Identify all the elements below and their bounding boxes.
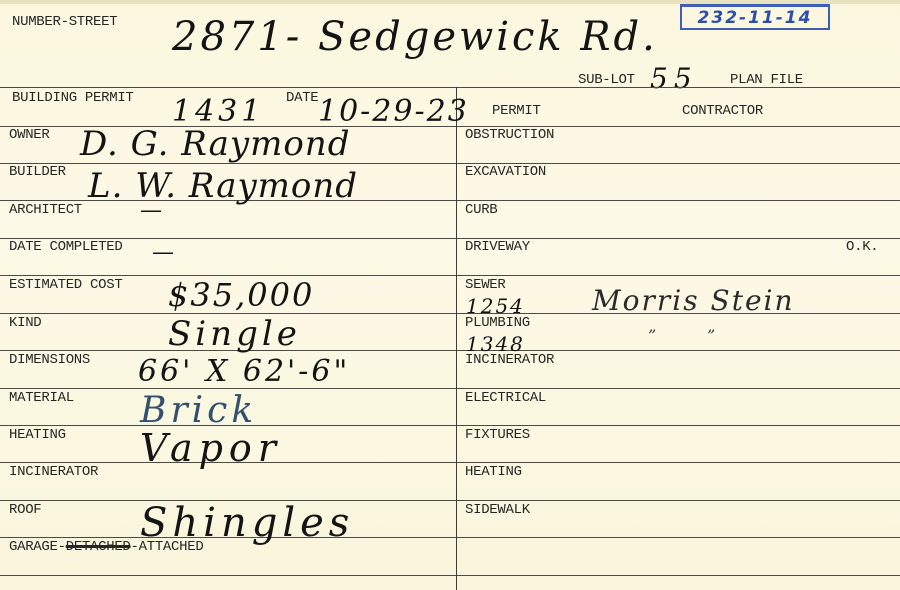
garage-prefix: GARAGE- bbox=[9, 539, 66, 555]
dimensions-label: DIMENSIONS bbox=[9, 352, 90, 368]
garage-struck-option: DETACHED bbox=[66, 539, 131, 555]
driveway-status: O.K. bbox=[846, 239, 878, 255]
roof-label: ROOF bbox=[9, 502, 41, 518]
curb-label: CURB bbox=[465, 202, 497, 218]
rule bbox=[0, 87, 900, 88]
driveway-label: DRIVEWAY bbox=[465, 239, 530, 255]
electrical-label: ELECTRICAL bbox=[465, 390, 546, 406]
file-number-stamp: 232-11-14 bbox=[680, 4, 830, 30]
rule bbox=[0, 500, 900, 501]
rule bbox=[0, 462, 900, 463]
sidewalk-label: SIDEWALK bbox=[465, 502, 530, 518]
date-completed-value: — bbox=[152, 240, 174, 265]
rule bbox=[0, 275, 900, 276]
column-divider bbox=[456, 87, 457, 590]
sewer-label: SEWER bbox=[465, 277, 506, 293]
heating-label: HEATING bbox=[9, 427, 66, 443]
incinerator-permit-label: INCINERATOR bbox=[465, 352, 554, 368]
building-permit-label: BUILDING PERMIT bbox=[12, 90, 134, 106]
heating-value: Vapor bbox=[140, 426, 282, 470]
architect-value: — bbox=[140, 198, 162, 223]
permit-card: 232-11-14 NUMBER-STREET 2871- Sedgewick … bbox=[0, 0, 900, 590]
builder-value: L. W. Raymond bbox=[88, 166, 358, 206]
date-label: DATE bbox=[286, 90, 318, 106]
sewer-contractor-value: Morris Stein bbox=[592, 284, 795, 317]
sublot-value: 55 bbox=[650, 62, 698, 95]
estimated-cost-value: $35,000 bbox=[168, 276, 314, 314]
plumbing-label: PLUMBING bbox=[465, 315, 530, 331]
garage-suffix: -ATTACHED bbox=[131, 539, 204, 555]
dimensions-value: 66' X 62'-6" bbox=[138, 354, 350, 389]
date-completed-label: DATE COMPLETED bbox=[9, 239, 122, 255]
rule bbox=[0, 238, 900, 239]
architect-label: ARCHITECT bbox=[9, 202, 82, 218]
rule bbox=[0, 537, 900, 538]
contractor-header: CONTRACTOR bbox=[682, 103, 763, 119]
garage-label: GARAGE-DETACHED-ATTACHED bbox=[9, 539, 203, 555]
kind-label: KIND bbox=[9, 315, 41, 331]
plan-file-label: PLAN FILE bbox=[730, 72, 803, 88]
permit-header: PERMIT bbox=[492, 103, 541, 119]
heating-permit-label: HEATING bbox=[465, 464, 522, 480]
estimated-cost-label: ESTIMATED COST bbox=[9, 277, 122, 293]
builder-label: BUILDER bbox=[9, 164, 66, 180]
fixtures-label: FIXTURES bbox=[465, 427, 530, 443]
rule bbox=[0, 575, 900, 576]
rule bbox=[0, 388, 900, 389]
incinerator-label: INCINERATOR bbox=[9, 464, 98, 480]
plumbing-contractor-value: ” ” bbox=[648, 326, 715, 345]
rule bbox=[0, 425, 900, 426]
rule bbox=[0, 350, 900, 351]
owner-value: D. G. Raymond bbox=[80, 124, 350, 164]
sublot-label: SUB-LOT bbox=[578, 72, 635, 88]
excavation-label: EXCAVATION bbox=[465, 164, 546, 180]
owner-label: OWNER bbox=[9, 127, 50, 143]
kind-value: Single bbox=[168, 314, 301, 354]
material-label: MATERIAL bbox=[9, 390, 74, 406]
number-street-label: NUMBER-STREET bbox=[12, 14, 117, 30]
material-value: Brick bbox=[140, 390, 257, 431]
number-street-value: 2871- Sedgewick Rd. bbox=[172, 14, 658, 60]
obstruction-label: OBSTRUCTION bbox=[465, 127, 554, 143]
